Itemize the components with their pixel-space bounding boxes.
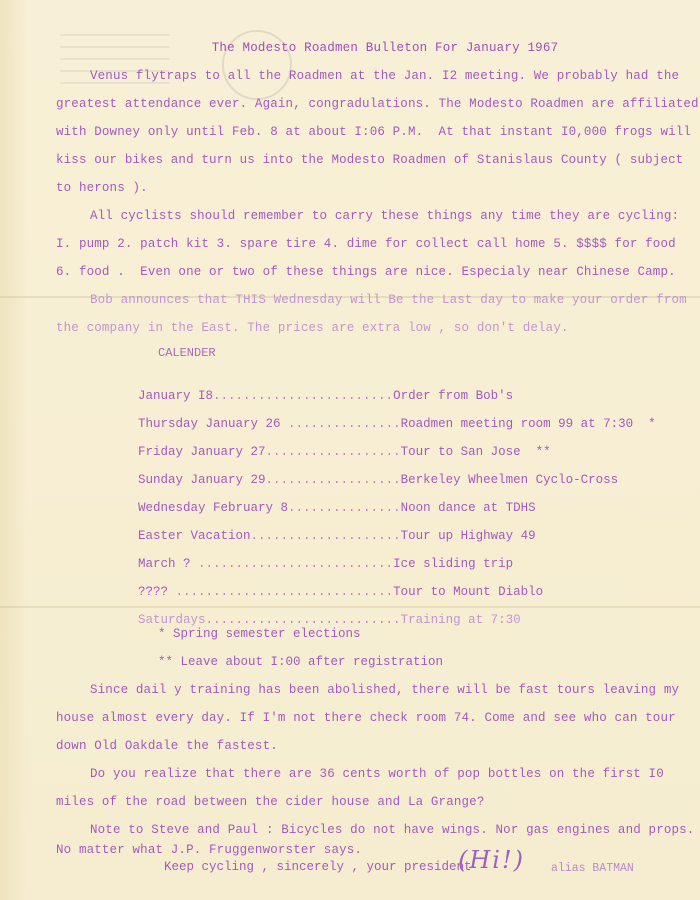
calendar-row: Wednesday February 8...............Noon … [123, 487, 536, 515]
leader-dots: .......................... [198, 557, 393, 571]
calendar-event: Training at 7:30 [401, 613, 521, 627]
calendar-row: March ? ..........................Ice sl… [123, 543, 513, 571]
signature-alias: alias BATMAN [551, 862, 634, 875]
leader-dots: ........................ [213, 389, 393, 403]
calendar-event: Tour to Mount Diablo [393, 585, 543, 599]
leader-dots: .......................... [206, 613, 401, 627]
bulletin-title: The Modesto Roadmen Bulleton For January… [0, 41, 700, 55]
intro-line-1: Venus flytraps to all the Roadmen at the… [90, 69, 679, 83]
calendar-event: Roadmen meeting room 99 at 7:30 * [401, 417, 656, 431]
training-line-3: down Old Oakdale the fastest. [56, 739, 278, 753]
calendar-event: Berkeley Wheelmen Cyclo-Cross [401, 473, 619, 487]
calendar-date: Sunday January 29 [138, 473, 266, 487]
calendar-date: January I8 [138, 389, 213, 403]
leader-dots: .................... [251, 529, 401, 543]
calendar-date: Thursday January 26 [138, 417, 288, 431]
calendar-row: January I8........................Order … [123, 375, 513, 403]
signature-closing: Keep cycling , sincerely , your presiden… [164, 860, 472, 874]
calendar-event: Tour to San Jose ** [401, 445, 551, 459]
order-line-1: Bob announces that THIS Wednesday will B… [90, 293, 687, 307]
calendar-date: ???? [138, 585, 176, 599]
checklist-line-1: All cyclists should remember to carry th… [90, 209, 679, 223]
note-line-1: Note to Steve and Paul : Bicycles do not… [90, 823, 694, 837]
calendar-date: Easter Vacation [138, 529, 251, 543]
calendar-date: Saturdays [138, 613, 206, 627]
footnote-double-asterisk: ** Leave about I:00 after registration [158, 655, 443, 669]
checklist-line-2: I. pump 2. patch kit 3. spare tire 4. di… [56, 237, 676, 251]
leader-dots: .................. [266, 473, 401, 487]
calendar-date: Wednesday February 8 [138, 501, 288, 515]
calendar-row: Easter Vacation....................Tour … [123, 515, 536, 543]
training-line-1: Since dail y training has been abolished… [90, 683, 679, 697]
leader-dots: ............... [288, 501, 401, 515]
calendar-event: Tour up Highway 49 [401, 529, 536, 543]
footnote-single-asterisk: * Spring semester elections [158, 627, 361, 641]
calendar-event: Order from Bob's [393, 389, 513, 403]
intro-line-2: greatest attendance ever. Again, congrad… [56, 97, 699, 111]
leader-dots: ............... [288, 417, 401, 431]
calendar-row: Saturdays..........................Train… [123, 599, 521, 627]
calendar-row: ???? .............................Tour t… [123, 571, 543, 599]
calendar-row: Friday January 27..................Tour … [123, 431, 551, 459]
order-line-2: the company in the East. The prices are … [56, 321, 569, 335]
calendar-date: March ? [138, 557, 198, 571]
calendar-row: Thursday January 26 ...............Roadm… [123, 403, 656, 431]
handwritten-greeting: (Hi!) [458, 846, 525, 874]
calendar-event: Noon dance at TDHS [401, 501, 536, 515]
intro-line-3: with Downey only until Feb. 8 at about I… [56, 125, 691, 139]
checklist-line-3: 6. food . Even one or two of these thing… [56, 265, 676, 279]
leader-dots: .................. [266, 445, 401, 459]
note-line-2: No matter what J.P. Fruggenworster says. [56, 843, 362, 857]
bottles-line-2: miles of the road between the cider hous… [56, 795, 484, 809]
calendar-date: Friday January 27 [138, 445, 266, 459]
intro-line-4: kiss our bikes and turn us into the Mode… [56, 153, 683, 167]
bottles-line-1: Do you realize that there are 36 cents w… [90, 767, 664, 781]
intro-line-5: to herons ). [56, 181, 148, 195]
training-line-2: house almost every day. If I'm not there… [56, 711, 676, 725]
leader-dots: ............................. [176, 585, 394, 599]
calendar-event: Ice sliding trip [393, 557, 513, 571]
calendar-heading: CALENDER [158, 346, 216, 360]
calendar-row: Sunday January 29..................Berke… [123, 459, 618, 487]
paper-edge-shadow [0, 0, 28, 900]
